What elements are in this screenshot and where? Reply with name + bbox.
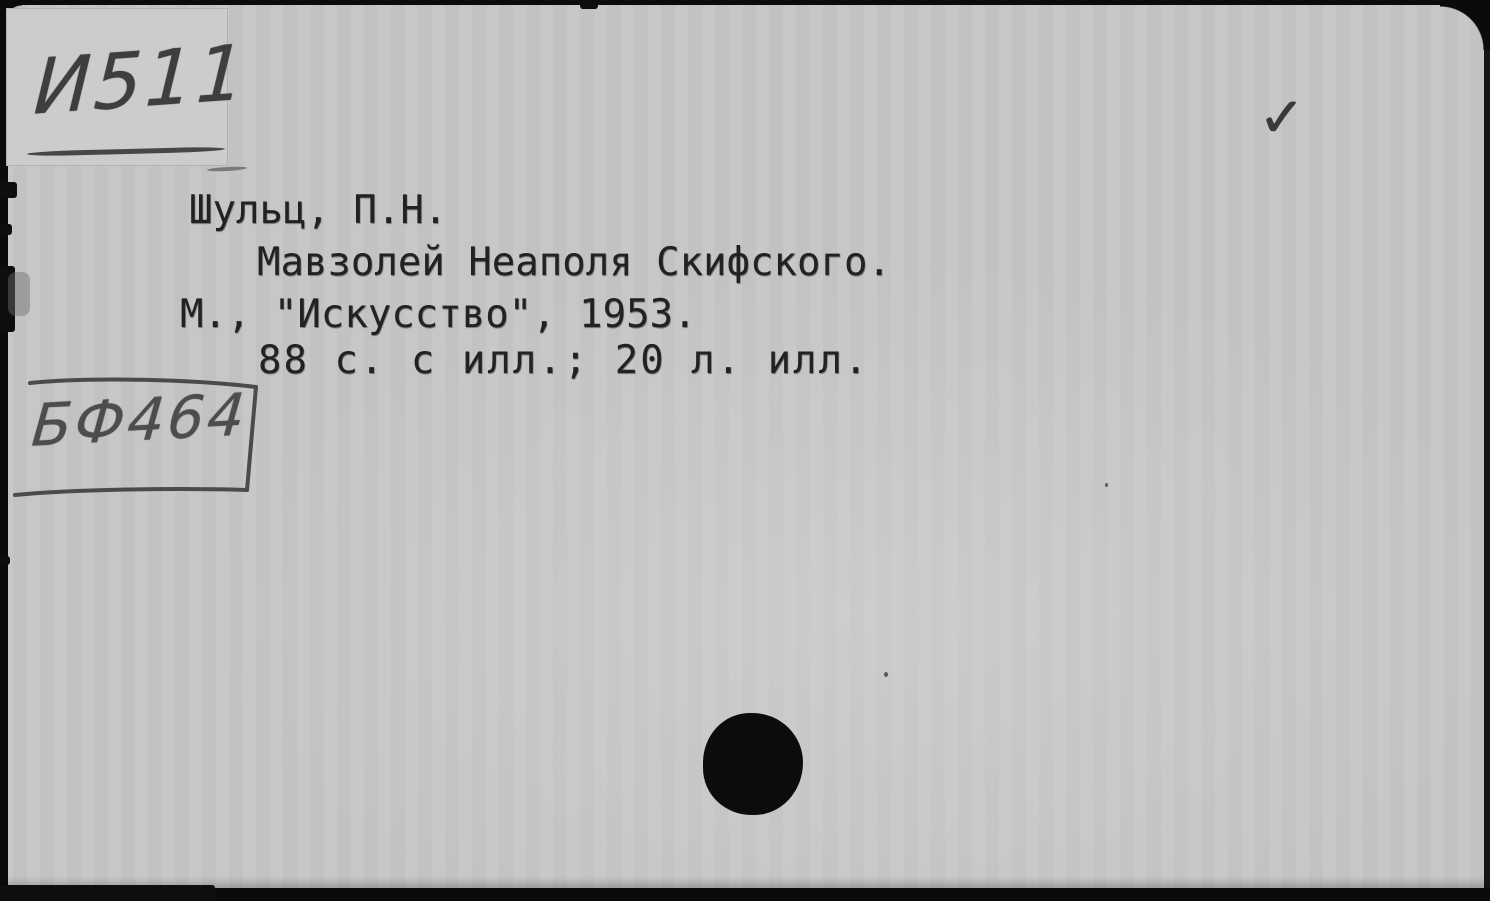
punch-hole	[703, 713, 803, 815]
check-mark: ✓	[1256, 85, 1309, 152]
author-line: Шульц, П.Н.	[189, 189, 447, 233]
catalog-card-scan: И511 ✓ Шульц, П.Н. Мавзолей Неаполя Скиф…	[0, 0, 1490, 901]
scan-artifact	[0, 224, 12, 235]
scan-artifact	[0, 182, 17, 198]
shelf-mark-dash	[207, 166, 247, 172]
scan-speck	[884, 672, 888, 677]
scan-speck	[1105, 483, 1108, 487]
scan-edge-right	[1484, 0, 1490, 901]
scan-edge-bottom	[0, 888, 1490, 901]
scan-artifact	[0, 556, 10, 565]
scan-artifact	[8, 272, 30, 316]
imprint-line: М., "Искусство", 1953.	[180, 293, 697, 337]
scan-artifact	[580, 0, 598, 9]
card-rounded-corner-top-right	[1440, 0, 1490, 50]
scan-edge-top	[0, 0, 1490, 5]
scan-artifact	[0, 885, 215, 901]
collation-line: 88 с. с илл.; 20 л. илл.	[258, 339, 870, 383]
accession-number: БФ464	[29, 380, 250, 461]
accession-box-bottom-line	[15, 489, 247, 495]
shelf-mark: И511	[32, 34, 249, 125]
title-line: Мавзолей Неаполя Скифского.	[257, 241, 891, 285]
